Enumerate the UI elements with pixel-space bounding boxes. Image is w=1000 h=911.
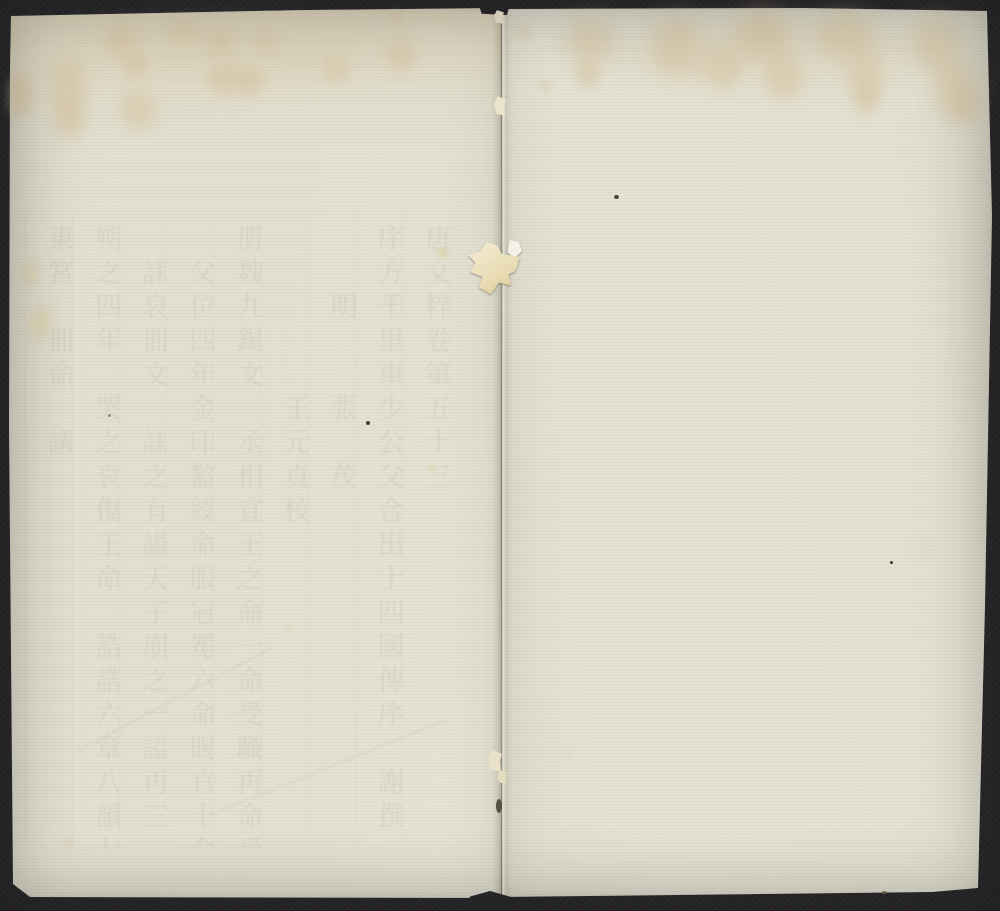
bleed-text-column-7: 誄哀冊文 誄之有謚天子崩之一謚再三 動 [119, 214, 166, 848]
book-photo: 唐文粹卷第五十三序方千里車少公父合出十四國傳序 謝撰 明 張 茂 王元貞校册魏九… [0, 0, 1000, 911]
left-page: 唐文粹卷第五十三序方千里車少公父合出十四國傳序 謝撰 明 張 茂 王元貞校册魏九… [6, 7, 502, 899]
left-page-stain-wash [6, 7, 502, 142]
bleed-text-column-1: 唐文粹卷第五十三 [402, 214, 449, 848]
paper-repair-tab [468, 242, 522, 300]
dirt-speck [882, 891, 887, 894]
bleed-text-column-4: 王元貞校 [261, 214, 308, 848]
bleed-text-column-3: 明 張 茂 [308, 214, 355, 848]
center-fold-line [501, 8, 502, 898]
fold-top-notch [477, 0, 511, 15]
bleed-text-column-9: 東宮 冊命 議 [25, 214, 72, 848]
right-page [502, 6, 994, 898]
bleed-text-column-6: 父位四年金印盭綬命服冠冕六命賜官十命東國 [166, 214, 213, 848]
dirt-speck [890, 561, 893, 564]
dirt-speck [366, 421, 370, 425]
dirt-speck [614, 195, 619, 199]
bleed-text-column-5: 册魏九錫文 丞相宣王之命一命受職再命受服 [213, 214, 260, 848]
dirt-speck [496, 799, 502, 813]
bleed-through-text-block: 唐文粹卷第五十三序方千里車少公父合出十四國傳序 謝撰 明 張 茂 王元貞校册魏九… [24, 213, 450, 849]
bleed-text-column-8: 朔之四年 哭之哀傷王命 誥誥六章八韻七韻 [72, 214, 119, 848]
dirt-speck [108, 414, 111, 417]
paper-grain [502, 6, 994, 898]
